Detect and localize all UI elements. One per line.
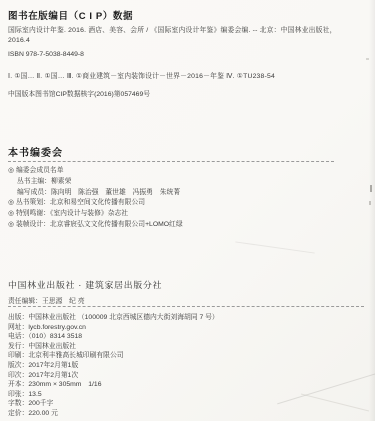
detail-label: 网址：: [8, 324, 28, 331]
circle-bullet-icon: ◎: [8, 221, 14, 228]
detail-value: 220.00 元: [28, 410, 57, 417]
publication-detail-row: 开本：230mm × 305mm 1/16: [8, 380, 219, 390]
committee-item-text: 丛书策划：北京和易空间文化传播有限公司: [16, 199, 145, 206]
publication-detail-row: 电话：（010）8314 3518: [8, 332, 219, 342]
detail-label: 定价：: [8, 410, 28, 417]
publication-detail-row: 定价：220.00 元: [8, 409, 219, 419]
committee-item: ◎装帧设计：北京睿宸弘文文化传播有限公司+LOMO红绿: [8, 220, 183, 231]
scan-artifact: [370, 185, 372, 192]
committee-item-text: 编委会成员名单: [16, 167, 64, 174]
detail-label: 印次：: [8, 372, 28, 379]
detail-label: 印刷：: [8, 352, 28, 359]
committee-item: 丛书主编：柳素荣: [8, 177, 183, 188]
detail-label: 电话：: [8, 333, 28, 340]
scan-artifact: [235, 241, 314, 253]
publication-detail-row: 印次：2017年2月第1次: [8, 371, 219, 381]
detail-label: 出版：: [8, 314, 28, 321]
committee-item-text: 特别鸣谢：《室内设计与装修》杂志社: [16, 210, 128, 217]
scan-artifact: [366, 58, 369, 60]
publication-detail-row: 版次：2017年2月第1版: [8, 361, 219, 371]
scan-artifact: [277, 373, 375, 405]
detail-value: （010）8314 3518: [28, 333, 82, 340]
circle-bullet-icon: ◎: [8, 210, 14, 217]
detail-value: 北京利丰雅高长城印刷有限公司: [28, 352, 123, 359]
publication-detail-row: 出版：中国林业出版社 （100009 北京西城区德内大街刘海胡同 7 号）: [8, 313, 219, 323]
detail-value: 2017年2月第1版: [28, 362, 78, 369]
circle-bullet-icon: ◎: [8, 199, 14, 206]
committee-item: ◎编委会成员名单: [8, 166, 183, 177]
committee-item: 编写成员：陈向明 陈治强 董世雄 冯振勇 朱统菁: [8, 188, 183, 199]
committee-item-text: 装帧设计：北京睿宸弘文文化传播有限公司+LOMO红绿: [16, 221, 183, 228]
publication-detail-row: 网址：lycb.forestry.gov.cn: [8, 323, 219, 333]
detail-label: 发行：: [8, 343, 28, 350]
publication-detail-row: 印张：13.5: [8, 390, 219, 400]
publication-detail-row: 字数：200千字: [8, 399, 219, 409]
cip-classification-line: Ⅰ. ①国… Ⅱ. ①国… Ⅲ. ①商业建筑－室内装饰设计－世界－2016－年鉴…: [8, 70, 275, 80]
isbn-line: ISBN 978-7-5038-8449-8: [8, 51, 84, 58]
detail-value: lycb.forestry.gov.cn: [28, 324, 86, 331]
circle-bullet-icon: ◎: [8, 167, 14, 174]
cip-record-number: 中国版本图书馆CIP数据核字(2016)第057469号: [8, 88, 150, 98]
dashed-divider: [8, 161, 334, 162]
committee-item-text: 丛书主编：柳素荣: [17, 178, 71, 185]
cip-section-title: 图书在版编目（C I P）数据: [8, 8, 133, 22]
scan-artifact: [369, 201, 371, 205]
detail-value: 200千字: [28, 400, 53, 407]
detail-label: 印张：: [8, 391, 28, 398]
responsible-editor-line: 责任编辑：王思源 纪 亮: [8, 295, 85, 305]
committee-item-text: 编写成员：陈向明 陈治强 董世雄 冯振勇 朱统菁: [17, 189, 180, 196]
publication-details-list: 出版：中国林业出版社 （100009 北京西城区德内大街刘海胡同 7 号） 网址…: [8, 313, 219, 419]
cip-catalog-line: 国际室内设计年鉴. 2016. 酒店、美容、会所 / 《国际室内设计年鉴》编委会…: [8, 26, 358, 45]
detail-label: 开本：: [8, 381, 28, 388]
copyright-page: 图书在版编目（C I P）数据 国际室内设计年鉴. 2016. 酒店、美容、会所…: [0, 0, 375, 421]
scan-edge-shadow: [369, 0, 375, 421]
publication-detail-row: 印刷：北京利丰雅高长城印刷有限公司: [8, 351, 219, 361]
detail-value: 13.5: [28, 391, 41, 398]
detail-label: 字数：: [8, 400, 28, 407]
publication-detail-row: 发行：中国林业出版社: [8, 342, 219, 352]
scan-artifact: [301, 394, 369, 412]
detail-value: 2017年2月第1次: [28, 372, 78, 379]
committee-item: ◎丛书策划：北京和易空间文化传播有限公司: [8, 198, 183, 209]
publisher-name-line: 中国林业出版社 · 建筑家居出版分社: [8, 278, 162, 291]
detail-value: 中国林业出版社: [28, 343, 76, 350]
committee-list: ◎编委会成员名单 丛书主编：柳素荣 编写成员：陈向明 陈治强 董世雄 冯振勇 朱…: [8, 166, 183, 231]
detail-label: 版次：: [8, 362, 28, 369]
dashed-divider: [8, 306, 364, 307]
detail-value: 230mm × 305mm 1/16: [28, 381, 101, 388]
committee-item: ◎特别鸣谢：《室内设计与装修》杂志社: [8, 209, 183, 220]
committee-section-title: 本书编委会: [8, 144, 63, 159]
detail-value: 中国林业出版社 （100009 北京西城区德内大街刘海胡同 7 号）: [28, 314, 218, 321]
